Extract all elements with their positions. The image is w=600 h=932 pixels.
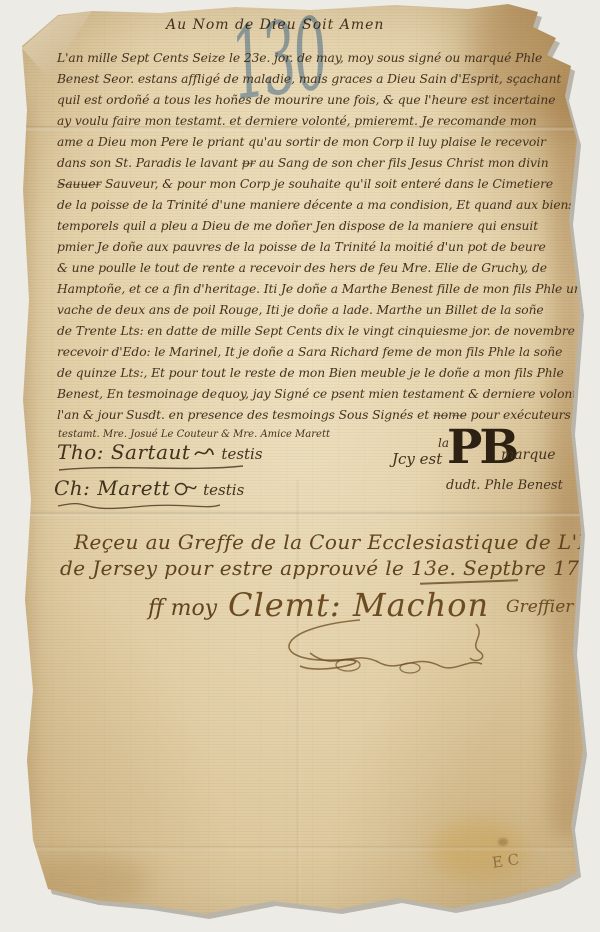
manuscript-line: dans son St. Paradis le lavant p̶r̶ au S… (57, 156, 557, 177)
stain-speck (498, 838, 508, 846)
manuscript-line: S̶a̶u̶u̶e̶r̶ Sauveur, & pour mon Corp je… (57, 177, 557, 198)
corner-scribble: E C (491, 850, 520, 872)
mark-lead-text: Jcy est (392, 450, 442, 468)
stain-left-edge (6, 100, 32, 820)
signature-flourish-icon (240, 618, 490, 678)
registration-prefix: ff moy (148, 596, 217, 621)
manuscript-line: de la poisse de la Trinité d'une maniere… (57, 198, 557, 219)
witness-qualifier: testis (203, 481, 244, 499)
paraph-flourish-icon (193, 445, 215, 464)
manuscript-line: recevoir d'Edo: le Marinel, It je doñe a… (57, 345, 557, 366)
paraph-flourish-icon (173, 481, 197, 501)
manuscript-line: pmier Je doñe aux pauvres de la poisse d… (57, 240, 557, 261)
witness-name: Ch: Marett (54, 476, 170, 500)
manuscript-line: L'an mille Sept Cents Seize le 23e. jor.… (57, 51, 557, 72)
manuscript-line: de quinze Lts:, Et pour tout le reste de… (57, 366, 557, 387)
witness-signature-2: Ch: Maretttestis (54, 476, 244, 501)
fold-crease (0, 846, 600, 850)
manuscript-line: Benest Seor. estans affligé de maladie, … (57, 72, 557, 93)
manuscript-line: ame a Dieu mon Pere le priant qu'au sort… (57, 135, 557, 156)
manuscript-line: Hamptoñe, et ce a fin d'heritage. Iti Je… (57, 282, 557, 303)
manuscript-line: ay voulu faire mon testamt. et derniere … (57, 114, 557, 135)
witness-name: Tho: Sartaut (57, 440, 190, 464)
manuscript-paper: Au Nom de Dieu Soit Amen 130 L'an mille … (0, 0, 600, 932)
stain-bottom-right-yellow (430, 820, 525, 880)
stain-bottom-left (20, 855, 150, 910)
manuscript-line: Benest, En tesmoinage dequoy, jay Signé … (57, 387, 557, 408)
greffier-title: Greffier (506, 597, 573, 617)
greffier-signature: Clemt: Machon (228, 586, 489, 624)
date-underline (420, 579, 518, 584)
manuscript-line: & une poulle le tout de rente a recevoir… (57, 261, 557, 282)
scanned-document-page: Au Nom de Dieu Soit Amen 130 L'an mille … (0, 0, 600, 932)
witness-qualifier: testis (221, 445, 262, 463)
testament-body: L'an mille Sept Cents Seize le 23e. jor.… (57, 51, 557, 429)
executors-insert-line: testamt. Mre. Josué Le Couteur & Mre. Am… (58, 429, 330, 440)
witness-signature-1: Tho: Sartauttestis (57, 440, 263, 464)
registration-line-1: Reçeu au Greffe de la Cour Ecclesiastiqu… (74, 530, 600, 554)
manuscript-line: quil est ordoñé a tous les hoñes de mour… (57, 93, 557, 114)
mark-attribution: dudt. Phle Benest (446, 478, 563, 493)
registration-line-2: de Jersey pour estre approuvé le 13e. Se… (60, 556, 600, 580)
fold-crease (0, 512, 600, 516)
witness-underline-flourish (54, 500, 224, 514)
manuscript-line: temporels quil a pleu a Dieu de me doñer… (57, 219, 557, 240)
mark-word-text: marque (501, 447, 556, 463)
manuscript-line: vache de deux ans de poil Rouge, Iti je … (57, 303, 557, 324)
manuscript-line: de Trente Lts: en datte de mille Sept Ce… (57, 324, 557, 345)
